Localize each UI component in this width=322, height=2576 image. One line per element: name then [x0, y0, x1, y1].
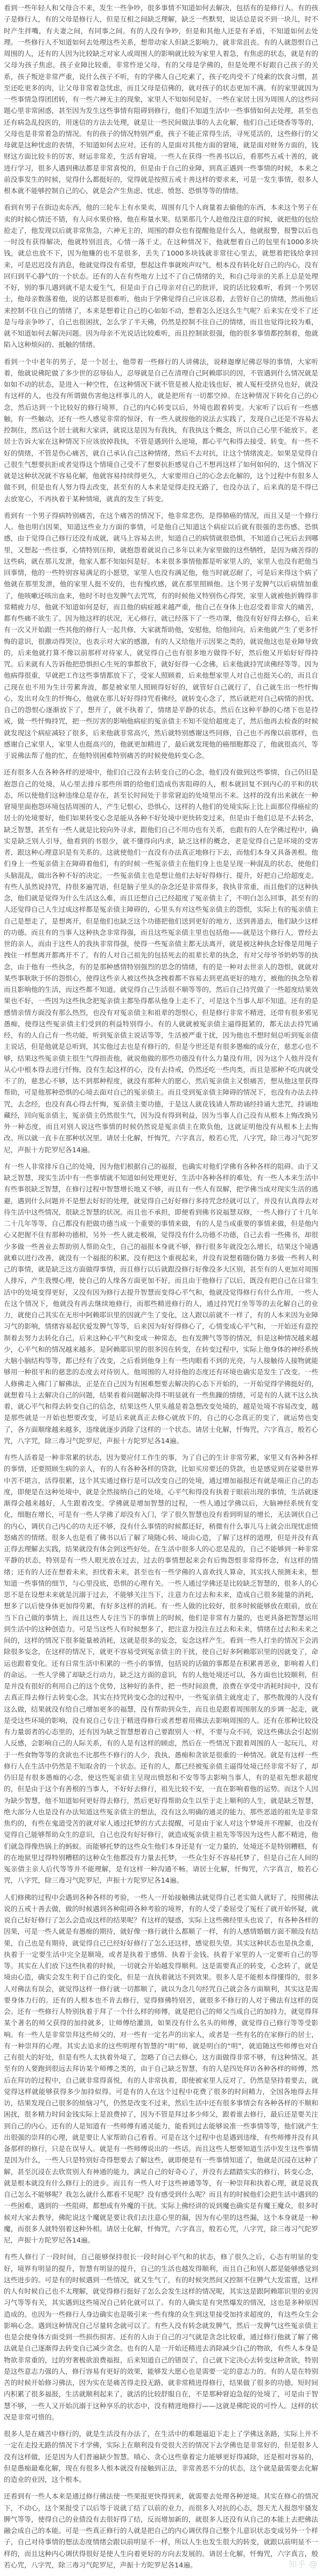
paragraph: 还有很多人在各种各样的逆境中，他们自己没有去转变自己的心念，他们没有做到这些事情… [4, 767, 318, 1155]
paragraph: 有一些人非常排斥自己的处境，因为他们根据自己的福报，也确实对他们学佛有各种各样的… [4, 1161, 318, 1446]
paragraph: 有些人活着是一种非常累的状态，因为要应付工作生的事，为了自己的生计非常劳累，家里… [4, 1452, 318, 1886]
paragraph: 人们修佛的过程中会遇到各种各样的考验，一些人一开始接触佛法就觉得自己老实做人就好… [4, 1892, 318, 2246]
article-body: 看到一些年轻人和父母合不来，发生一些争吵，很多事情不知道如何去解决，包括有的是修… [4, 2, 318, 2571]
paragraph: 很多人是在痛苦中修行的，就是生活没有办法了，在生活中的难题逼迫下走上了学佛这条路… [4, 2428, 318, 2485]
paragraph: 有些人修行了一段时间，自己能够保持很长一段时间心平气和的状态，修了很久之后，心态… [4, 2251, 318, 2423]
paragraph: 还看到有一些人本来是通过修行佛法使一些果报更快得到来，就需要去处理各种逆境。其实… [4, 2490, 318, 2571]
paragraph: 看到有男子在街边卖东西，他的三轮车上有水果卖，周围有几个人商量着去偷他的东西，本… [4, 202, 318, 350]
paragraph: 看到有一个男子得病特别痛苦，在这个痛苦的情况下，他非常悲伤，是得肺癌的情况，而且… [4, 510, 318, 762]
paragraph: 看到一个中老年的男子，是一个居士，他带着一些修行的人讲佛法，说释迦摩尼佛忍辱的事… [4, 356, 318, 505]
article-page: 看到一些年轻人和父母合不来，发生一些争吵，很多事情不知道如何去解决，包括有的是修… [0, 0, 322, 2576]
paragraph: 看到一些年轻人和父母合不来，发生一些争吵，很多事情不知道如何去解决，包括有的是修… [4, 2, 318, 196]
